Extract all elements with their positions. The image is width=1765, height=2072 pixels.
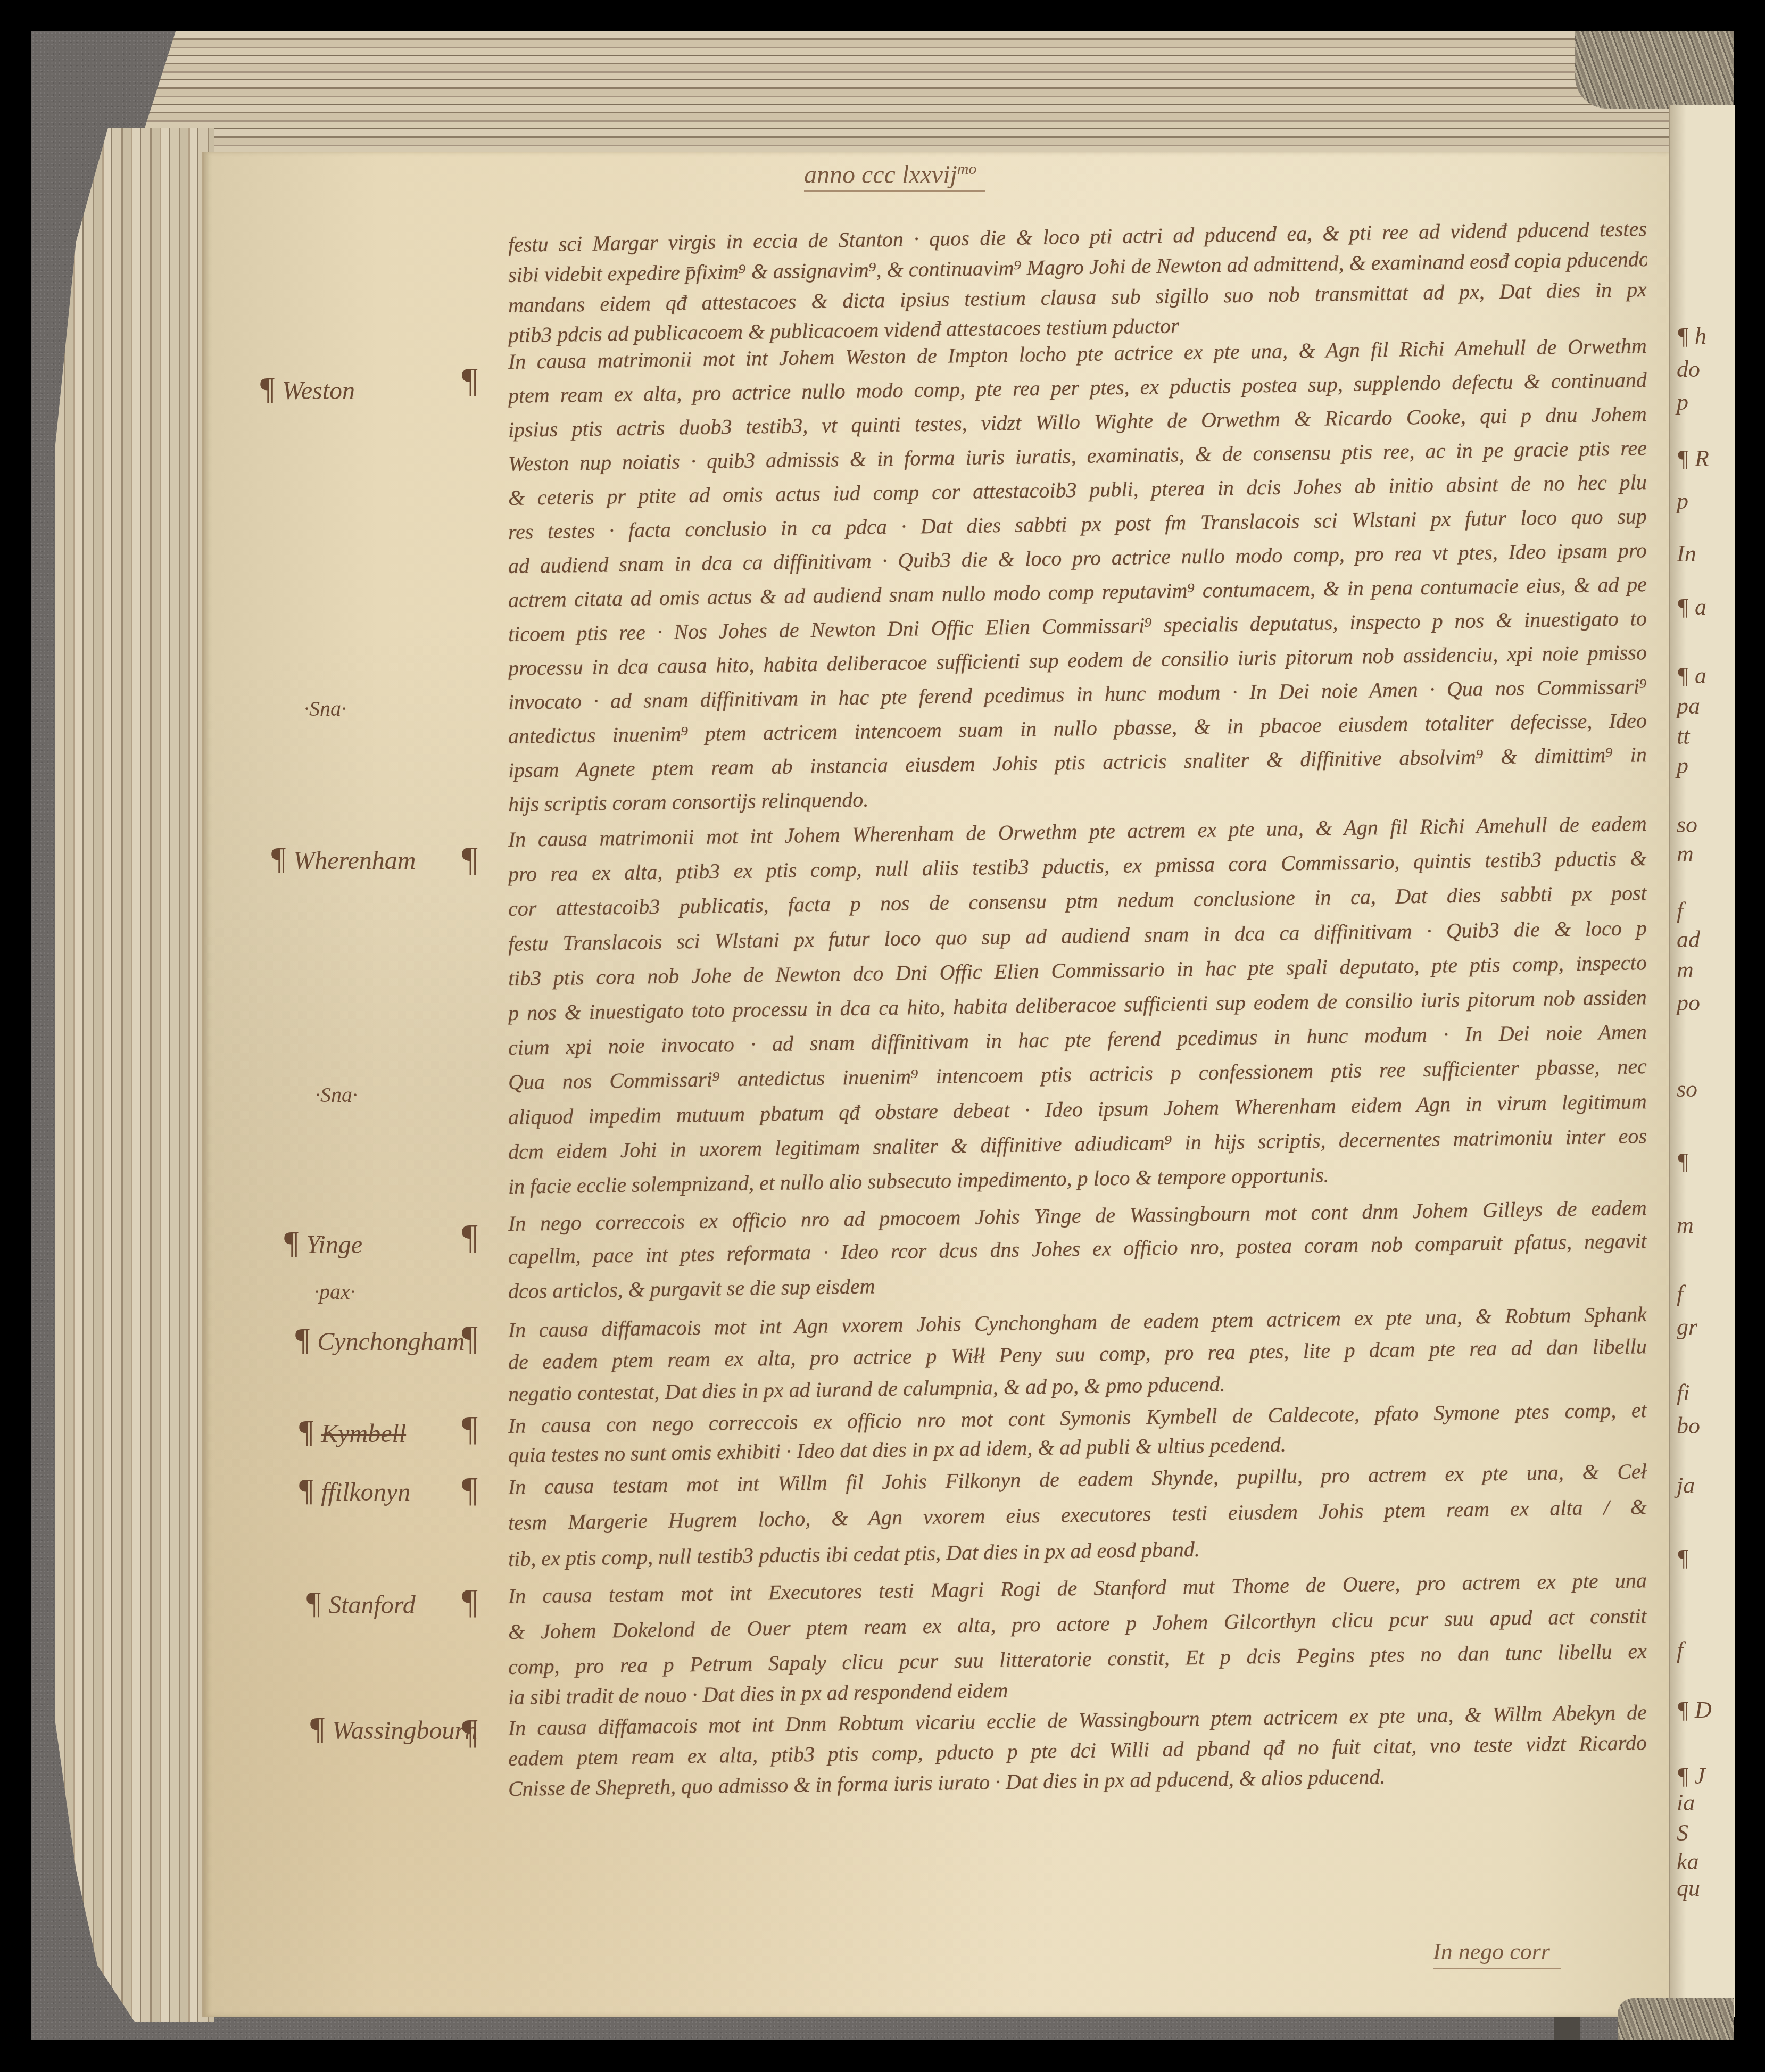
fragment: ka (1677, 1847, 1699, 1877)
fragment: f (1677, 896, 1683, 926)
binding-textile-top (1575, 31, 1734, 109)
margin-label-kymbell: ¶Kymbell (299, 1415, 406, 1450)
paraph-mark: ¶ (462, 1713, 478, 1751)
binding-textile-bottom (1618, 1998, 1734, 2040)
fragment: ¶ (1677, 1543, 1689, 1573)
fragment: p (1677, 486, 1688, 516)
fragment: qu (1677, 1874, 1700, 1903)
running-header-text: anno ccc lxxvij (804, 161, 957, 189)
fragment: ¶ D (1677, 1695, 1712, 1725)
margin-label-filkonyn: ¶ffilkonyn (299, 1474, 410, 1509)
fragment: ia (1677, 1788, 1695, 1818)
fragment: ¶ (1677, 1147, 1689, 1176)
paraph-mark: ¶ (462, 1583, 478, 1620)
fragment: do (1677, 354, 1700, 384)
fragment: f (1677, 1636, 1683, 1665)
margin-name: Cynchongham (317, 1328, 465, 1356)
fragment: bo (1677, 1411, 1700, 1441)
page-stack-left-edge (55, 128, 214, 2022)
fragment: ja (1677, 1471, 1695, 1501)
margin-note-sententia: ·Sna· (304, 693, 346, 725)
fragment: ¶ a (1677, 592, 1706, 622)
margin-note-sententia: ·Sna· (315, 1079, 358, 1111)
paraph-mark: ¶ (271, 841, 286, 876)
fragment: p (1677, 387, 1688, 417)
paraph-mark: ¶ (299, 1414, 313, 1449)
paraph-mark: ¶ (260, 371, 275, 406)
fragment: pa (1677, 691, 1700, 721)
fragment: fi (1677, 1378, 1689, 1408)
fragment: so (1677, 1074, 1697, 1104)
running-header-superscript: mo (957, 160, 977, 178)
fragment: p (1677, 751, 1688, 781)
binding-tab-bottom (1554, 2017, 1580, 2040)
paraph-mark: ¶ (299, 1472, 313, 1507)
margin-name: Wassingbourn (332, 1717, 477, 1745)
margin-label-yinge: ¶Yinge (284, 1226, 362, 1261)
paraph-mark: ¶ (462, 841, 478, 878)
fragment: tt (1677, 722, 1689, 751)
facing-leaf-edge: ¶ h do p ¶ R p In ¶ a ¶ a pa tt p so m f… (1669, 105, 1735, 2017)
margin-label-wherenham: ¶Wherenham (271, 842, 416, 877)
margin-name: Weston (282, 377, 355, 405)
fragment: In (1677, 539, 1696, 569)
paraph-mark: ¶ (462, 1320, 478, 1357)
fragment: ad (1677, 925, 1700, 955)
page-stack-top-edge (133, 31, 1734, 164)
paraph-mark: ¶ (462, 1471, 478, 1509)
paraph-mark: ¶ (310, 1711, 325, 1746)
paraph-mark: ¶ (462, 1410, 478, 1447)
paraph-mark: ¶ (462, 1219, 478, 1256)
fragment: m (1677, 839, 1694, 869)
fragment: S (1677, 1818, 1688, 1848)
catchword: In nego corr (1433, 1937, 1561, 1969)
fragment: ¶ R (1677, 444, 1709, 474)
fragment: f (1677, 1279, 1683, 1309)
fragment: ¶ h (1677, 321, 1706, 351)
paraph-mark: ¶ (306, 1585, 321, 1620)
fragment: m (1677, 955, 1694, 985)
margin-label-cynchongham: ¶Cynchongham (295, 1323, 465, 1358)
fragment: ¶ a (1677, 661, 1706, 691)
paraph-mark: ¶ (462, 362, 478, 399)
margin-name: Wherenham (293, 847, 416, 875)
fragment: ¶ J (1677, 1761, 1705, 1791)
fragment: so (1677, 810, 1697, 840)
margin-name: Kymbell (321, 1420, 406, 1448)
margin-name: ffilkonyn (321, 1478, 410, 1506)
margin-note-pax: ·pax· (314, 1276, 355, 1308)
margin-label-stanford: ¶Stanford (306, 1587, 416, 1621)
margin-name: Stanford (328, 1591, 416, 1619)
paraph-mark: ¶ (295, 1322, 310, 1357)
fragment: gr (1677, 1312, 1697, 1342)
margin-label-wassingbourn: ¶Wassingbourn (310, 1712, 477, 1747)
running-header: anno ccc lxxvijmo (804, 154, 985, 192)
margin-label-weston: ¶Weston (260, 372, 355, 407)
fragment: po (1677, 988, 1700, 1018)
margin-name: Yinge (306, 1231, 362, 1259)
fragment: m (1677, 1211, 1694, 1240)
paraph-mark: ¶ (284, 1225, 299, 1260)
